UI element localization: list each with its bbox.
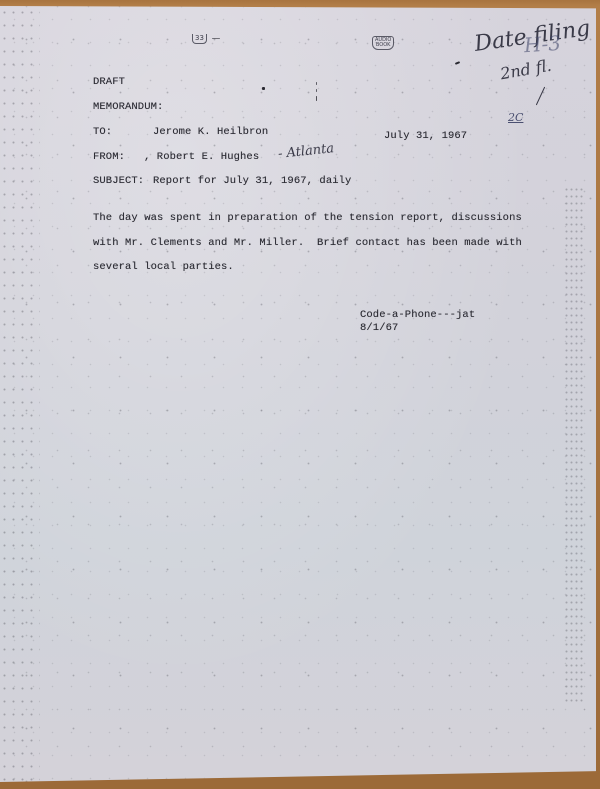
subject-label: SUBJECT: — [93, 175, 144, 187]
handwritten-h3-overlay: H-3 — [523, 31, 562, 58]
paper-edge-speckle-left — [0, 6, 40, 782]
handwritten-atlanta: - Atlanta — [277, 141, 334, 162]
from-sender: , Robert E. Hughes — [144, 151, 259, 163]
stamp-left-text: 33 — [195, 34, 204, 42]
body-line-3: several local parties. — [93, 261, 234, 273]
transcription-date: 8/1/67 — [360, 322, 398, 334]
subject-text: Report for July 31, 1967, daily — [153, 175, 351, 187]
memorandum-heading: MEMORANDUM: — [93, 101, 163, 113]
to-recipient: Jerome K. Heilbron — [153, 126, 268, 138]
body-line-2: with Mr. Clements and Mr. Miller. Brief … — [93, 237, 522, 249]
pen-mark — [455, 61, 460, 65]
handwritten-stroke — [536, 87, 545, 106]
draft-heading: DRAFT — [93, 76, 125, 88]
memo-date: July 31, 1967 — [384, 130, 467, 142]
audio-book-stamp: AUDIO BOOK — [372, 36, 394, 50]
stamp-left: 33 — [192, 34, 207, 44]
from-label: FROM: — [93, 151, 125, 163]
body-line-1: The day was spent in preparation of the … — [93, 212, 522, 224]
to-label: TO: — [93, 126, 112, 138]
handwritten-2nd-floor: 2nd fl. — [499, 56, 553, 84]
dash-mark — [212, 38, 220, 39]
ink-speck — [262, 87, 265, 90]
ink-speck — [316, 82, 317, 85]
desk-background: 33 AUDIO BOOK Date filing H-3 2nd fl. 2C… — [0, 0, 600, 789]
transcription-credit: Code-a-Phone---jat — [360, 309, 475, 321]
ink-speck — [316, 89, 317, 92]
paper-texture — [0, 6, 596, 782]
memo-page: 33 AUDIO BOOK Date filing H-3 2nd fl. 2C… — [0, 6, 596, 782]
stamp-line-2: BOOK — [375, 43, 391, 48]
handwritten-code-2c: 2C — [508, 111, 523, 124]
paper-edge-speckle-right — [564, 186, 584, 702]
ink-speck — [316, 96, 317, 101]
